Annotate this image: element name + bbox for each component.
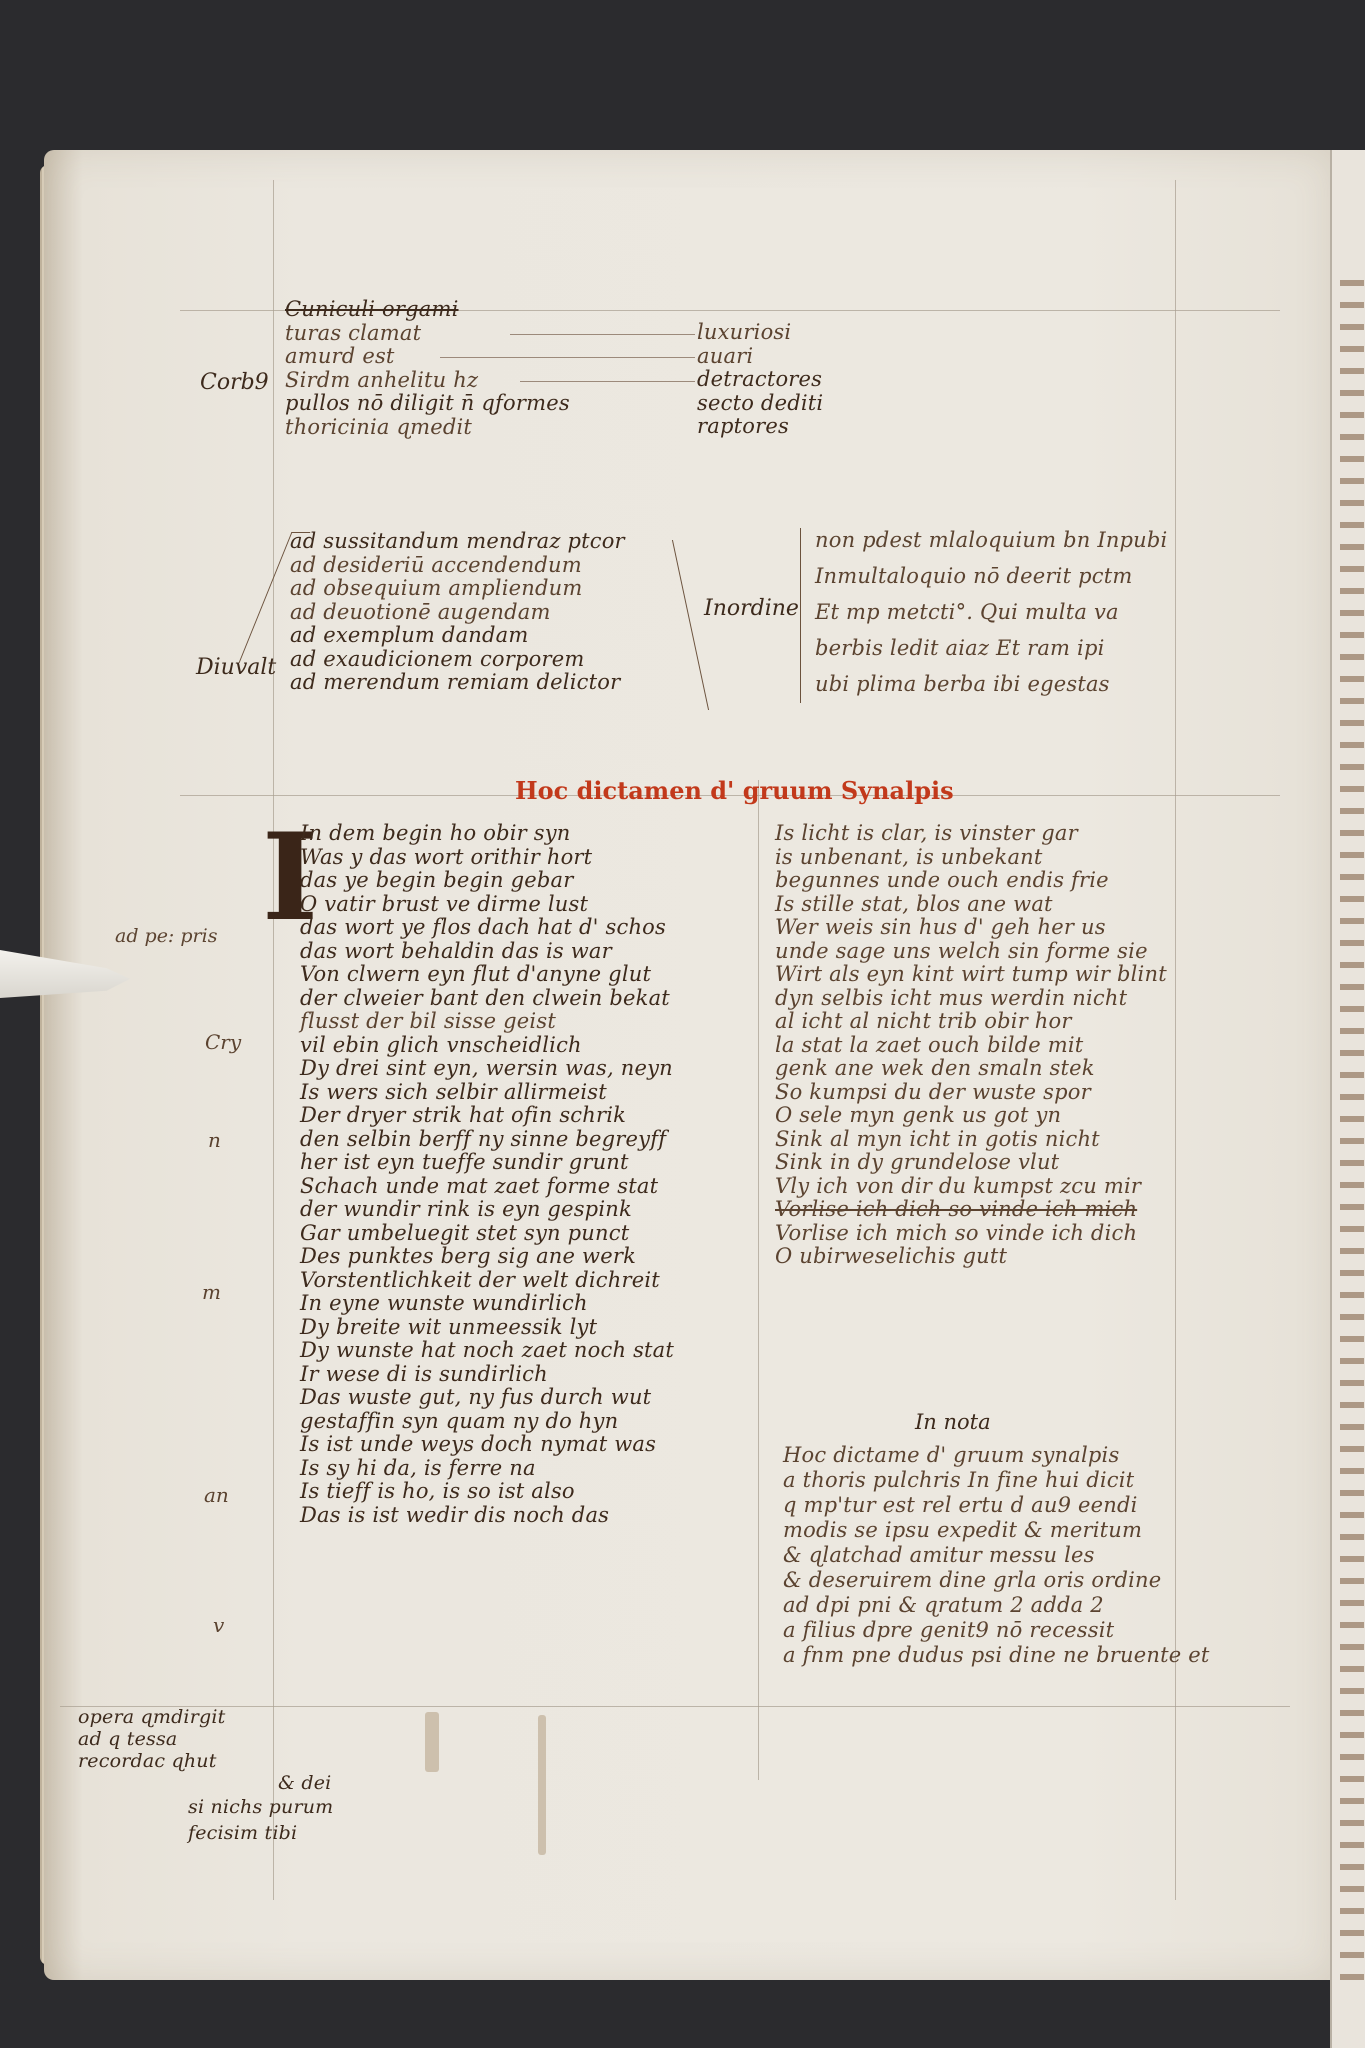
text-line: raptores — [697, 415, 823, 439]
text-line: Hoc dictame d' gruum synalpis — [783, 1443, 1210, 1468]
verse-line: Vly ich von dir du kumpst zcu mir — [775, 1175, 1167, 1199]
text-line: & ɋlatchad amitur messu les — [783, 1543, 1210, 1568]
text-line: Inmultaloquio nō deerit pctm — [815, 558, 1167, 594]
text-line: Et mp metcti°. Qui multa va — [815, 594, 1167, 630]
text-line: & dei — [78, 1772, 333, 1794]
verse-line: Vorlise ich mich so vinde ich dich — [775, 1222, 1167, 1246]
third-block-lines: non pdest mlaloquium bn Inpubi Inmultalo… — [815, 522, 1167, 702]
text-line: ad exaudicionem corporem — [290, 648, 625, 672]
text-line: ad deuotionē augendam — [290, 601, 625, 625]
verse-line: Is ist unde weys doch nymat was — [300, 1433, 674, 1457]
verse-line: Was y das wort orithir hort — [300, 846, 674, 870]
facing-page — [1330, 150, 1365, 2048]
verse-line: Vorstentlichkeit der welt dichreit — [300, 1269, 674, 1293]
verse-line: genk ane wek den smaln stek — [775, 1057, 1167, 1081]
bracket — [800, 528, 811, 703]
verse-line: Schach unde mat zaet forme stat — [300, 1175, 674, 1199]
verse-line: dyn selbis icht mus werdin nicht — [775, 987, 1167, 1011]
margin-note: m — [202, 1280, 221, 1304]
nota-lines: Hoc dictame d' gruum synalpis a thoris p… — [783, 1443, 1210, 1668]
text-line: ad obsequium ampliendum — [290, 577, 625, 601]
text-line: pullos nō diligit n̄ ɋformes — [285, 392, 570, 416]
verse-line: Dy wunste hat noch zaet noch stat — [300, 1339, 674, 1363]
nota-heading: In nota — [915, 1410, 991, 1434]
text-line: auari — [697, 345, 823, 369]
verse-line: Dy drei sint eyn, wersin was, neyn — [300, 1057, 674, 1081]
text-line: si nichs purum — [78, 1794, 333, 1820]
verse-line: Sink al myn icht in gotis nicht — [775, 1128, 1167, 1152]
verse-line: Des punktes berg sig ane werk — [300, 1245, 674, 1269]
third-block-label: Inordine — [704, 596, 799, 621]
text-line: ad dpi pni & ɋratum 2 adda 2 — [783, 1593, 1210, 1618]
verse-line: O sele myn genk us got yn — [775, 1104, 1167, 1128]
verse-line: Wer weis sin hus d' geh her us — [775, 916, 1167, 940]
top-block-right: luxuriosi auari detractores secto dediti… — [697, 321, 823, 439]
verse-line: her ist eyn tueffe sundir grunt — [300, 1151, 674, 1175]
top-block-lines: Cuniculi orgami turas clamat amurd est S… — [285, 298, 570, 439]
verse-line-struck: Vorlise ich dich so vinde ich mich — [775, 1198, 1167, 1222]
ruling-line-middle — [758, 780, 759, 1780]
rubric-heading: Hoc dictamen d' gruum Synalpis — [515, 776, 954, 805]
verse-line: al icht al nicht trib obir hor — [775, 1010, 1167, 1034]
text-line: ad desideriū accendendum — [290, 554, 625, 578]
text-line: ad merendum remiam delictor — [290, 671, 625, 695]
verse-line: gestaffin syn quam ny do hyn — [300, 1410, 674, 1434]
facing-page-text — [1340, 280, 1364, 1980]
verse-line: vil ebin glich vnscheidlich — [300, 1034, 674, 1058]
text-line: thoricinia ɋmedit — [285, 416, 570, 440]
connector-line — [520, 381, 695, 382]
margin-note: ad pe: pris — [115, 925, 217, 947]
verse-line: Is licht is clar, is vinster gar — [775, 822, 1167, 846]
text-line: ad exemplum dandam — [290, 624, 625, 648]
verse-line: das wort ye flos dach hat d' schos — [300, 916, 674, 940]
ink-stain — [425, 1712, 439, 1772]
verse-line: begunnes unde ouch endis frie — [775, 869, 1167, 893]
verse-line: Gar umbeluegit stet syn punct — [300, 1222, 674, 1246]
right-column-lines: Is licht is clar, is vinster gar is unbe… — [775, 822, 1167, 1269]
verse-line: den selbin berff ny sinne begreyff — [300, 1128, 674, 1152]
margin-note: v — [213, 1613, 224, 1637]
second-block-label: Diuvalt — [196, 655, 276, 680]
left-column-lines: In dem begin ho obir syn Was y das wort … — [300, 822, 674, 1527]
verse-line: Is wers sich selbir allirmeist — [300, 1081, 674, 1105]
verse-line: Ir wese di is sundirlich — [300, 1363, 674, 1387]
verse-line: unde sage uns welch sin forme sie — [775, 940, 1167, 964]
verse-line: So kumpsi du der wuste spor — [775, 1081, 1167, 1105]
verse-line: Das is ist wedir dis noch das — [300, 1504, 674, 1528]
text-line: a filius dpre genit9 nō recessit — [783, 1618, 1210, 1643]
verse-line: Das wuste gut, ny fus durch wut — [300, 1386, 674, 1410]
text-line: berbis ledit aiaz Et ram ipi — [815, 630, 1167, 666]
text-line: a fnm pne dudus psi dine ne bruente et — [783, 1643, 1210, 1668]
connector-line — [510, 334, 695, 335]
margin-note: an — [204, 1483, 229, 1507]
text-line: q mp'tur est rel ertu d au9 eendi — [783, 1493, 1210, 1518]
text-line: fecisim tibi — [78, 1820, 333, 1846]
verse-line: Wirt als eyn kint wirt tump wir blint — [775, 963, 1167, 987]
text-line: recordac ɋhut — [78, 1750, 333, 1772]
margin-note: n — [208, 1128, 221, 1152]
text-line: ad sussitandum mendraz ptcor — [290, 530, 625, 554]
text-line: secto dediti — [697, 392, 823, 416]
verse-line: Der dryer strik hat ofin schrik — [300, 1104, 674, 1128]
bottom-margin-note: opera ɋmdirgit ad q tessa recordac ɋhut … — [78, 1706, 333, 1846]
verse-line: Is sy hi da, is ferre na — [300, 1457, 674, 1481]
verse-line: la stat la zaet ouch bilde mit — [775, 1034, 1167, 1058]
verse-line: Is tieff is ho, is so ist also — [300, 1480, 674, 1504]
text-line: opera ɋmdirgit — [78, 1706, 333, 1728]
verse-line: O vatir brust ve dirme lust — [300, 893, 674, 917]
verse-line: is unbenant, is unbekant — [775, 846, 1167, 870]
ink-stain — [538, 1715, 546, 1855]
verse-line: der wundir rink is eyn gespink — [300, 1198, 674, 1222]
text-line: non pdest mlaloquium bn Inpubi — [815, 522, 1167, 558]
top-block-label: Corb9 — [200, 370, 269, 395]
verse-line: der clweier bant den clwein bekat — [300, 987, 674, 1011]
verse-line: Von clwern eyn flut d'anyne glut — [300, 963, 674, 987]
verse-line: In dem begin ho obir syn — [300, 822, 674, 846]
verse-line: das wort behaldin das is war — [300, 940, 674, 964]
verse-line: das ye begin begin gebar — [300, 869, 674, 893]
verse-line: O ubirweselichis gutt — [775, 1245, 1167, 1269]
verse-line: Dy breite wit unmeessik lyt — [300, 1316, 674, 1340]
connector-line — [440, 357, 695, 358]
verse-line: In eyne wunste wundirlich — [300, 1292, 674, 1316]
text-line: ad q tessa — [78, 1728, 333, 1750]
text-line: & deseruirem dine grla oris ordine — [783, 1568, 1210, 1593]
ruling-line-left — [273, 180, 274, 1900]
verse-line: Is stille stat, blos ane wat — [775, 893, 1167, 917]
text-line: Cuniculi orgami — [285, 298, 570, 322]
text-line: detractores — [697, 368, 823, 392]
margin-note: Cry — [205, 1030, 241, 1054]
verse-line: Sink in dy grundelose vlut — [775, 1151, 1167, 1175]
second-block-lines: ad sussitandum mendraz ptcor ad desideri… — [290, 530, 625, 695]
text-line: a thoris pulchris In fine hui dicit — [783, 1468, 1210, 1493]
text-line: luxuriosi — [697, 321, 823, 345]
text-line: modis se ipsu expedit & meritum — [783, 1518, 1210, 1543]
verse-line: flusst der bil sisse geist — [300, 1010, 674, 1034]
text-line: ubi plima berba ibi egestas — [815, 666, 1167, 702]
